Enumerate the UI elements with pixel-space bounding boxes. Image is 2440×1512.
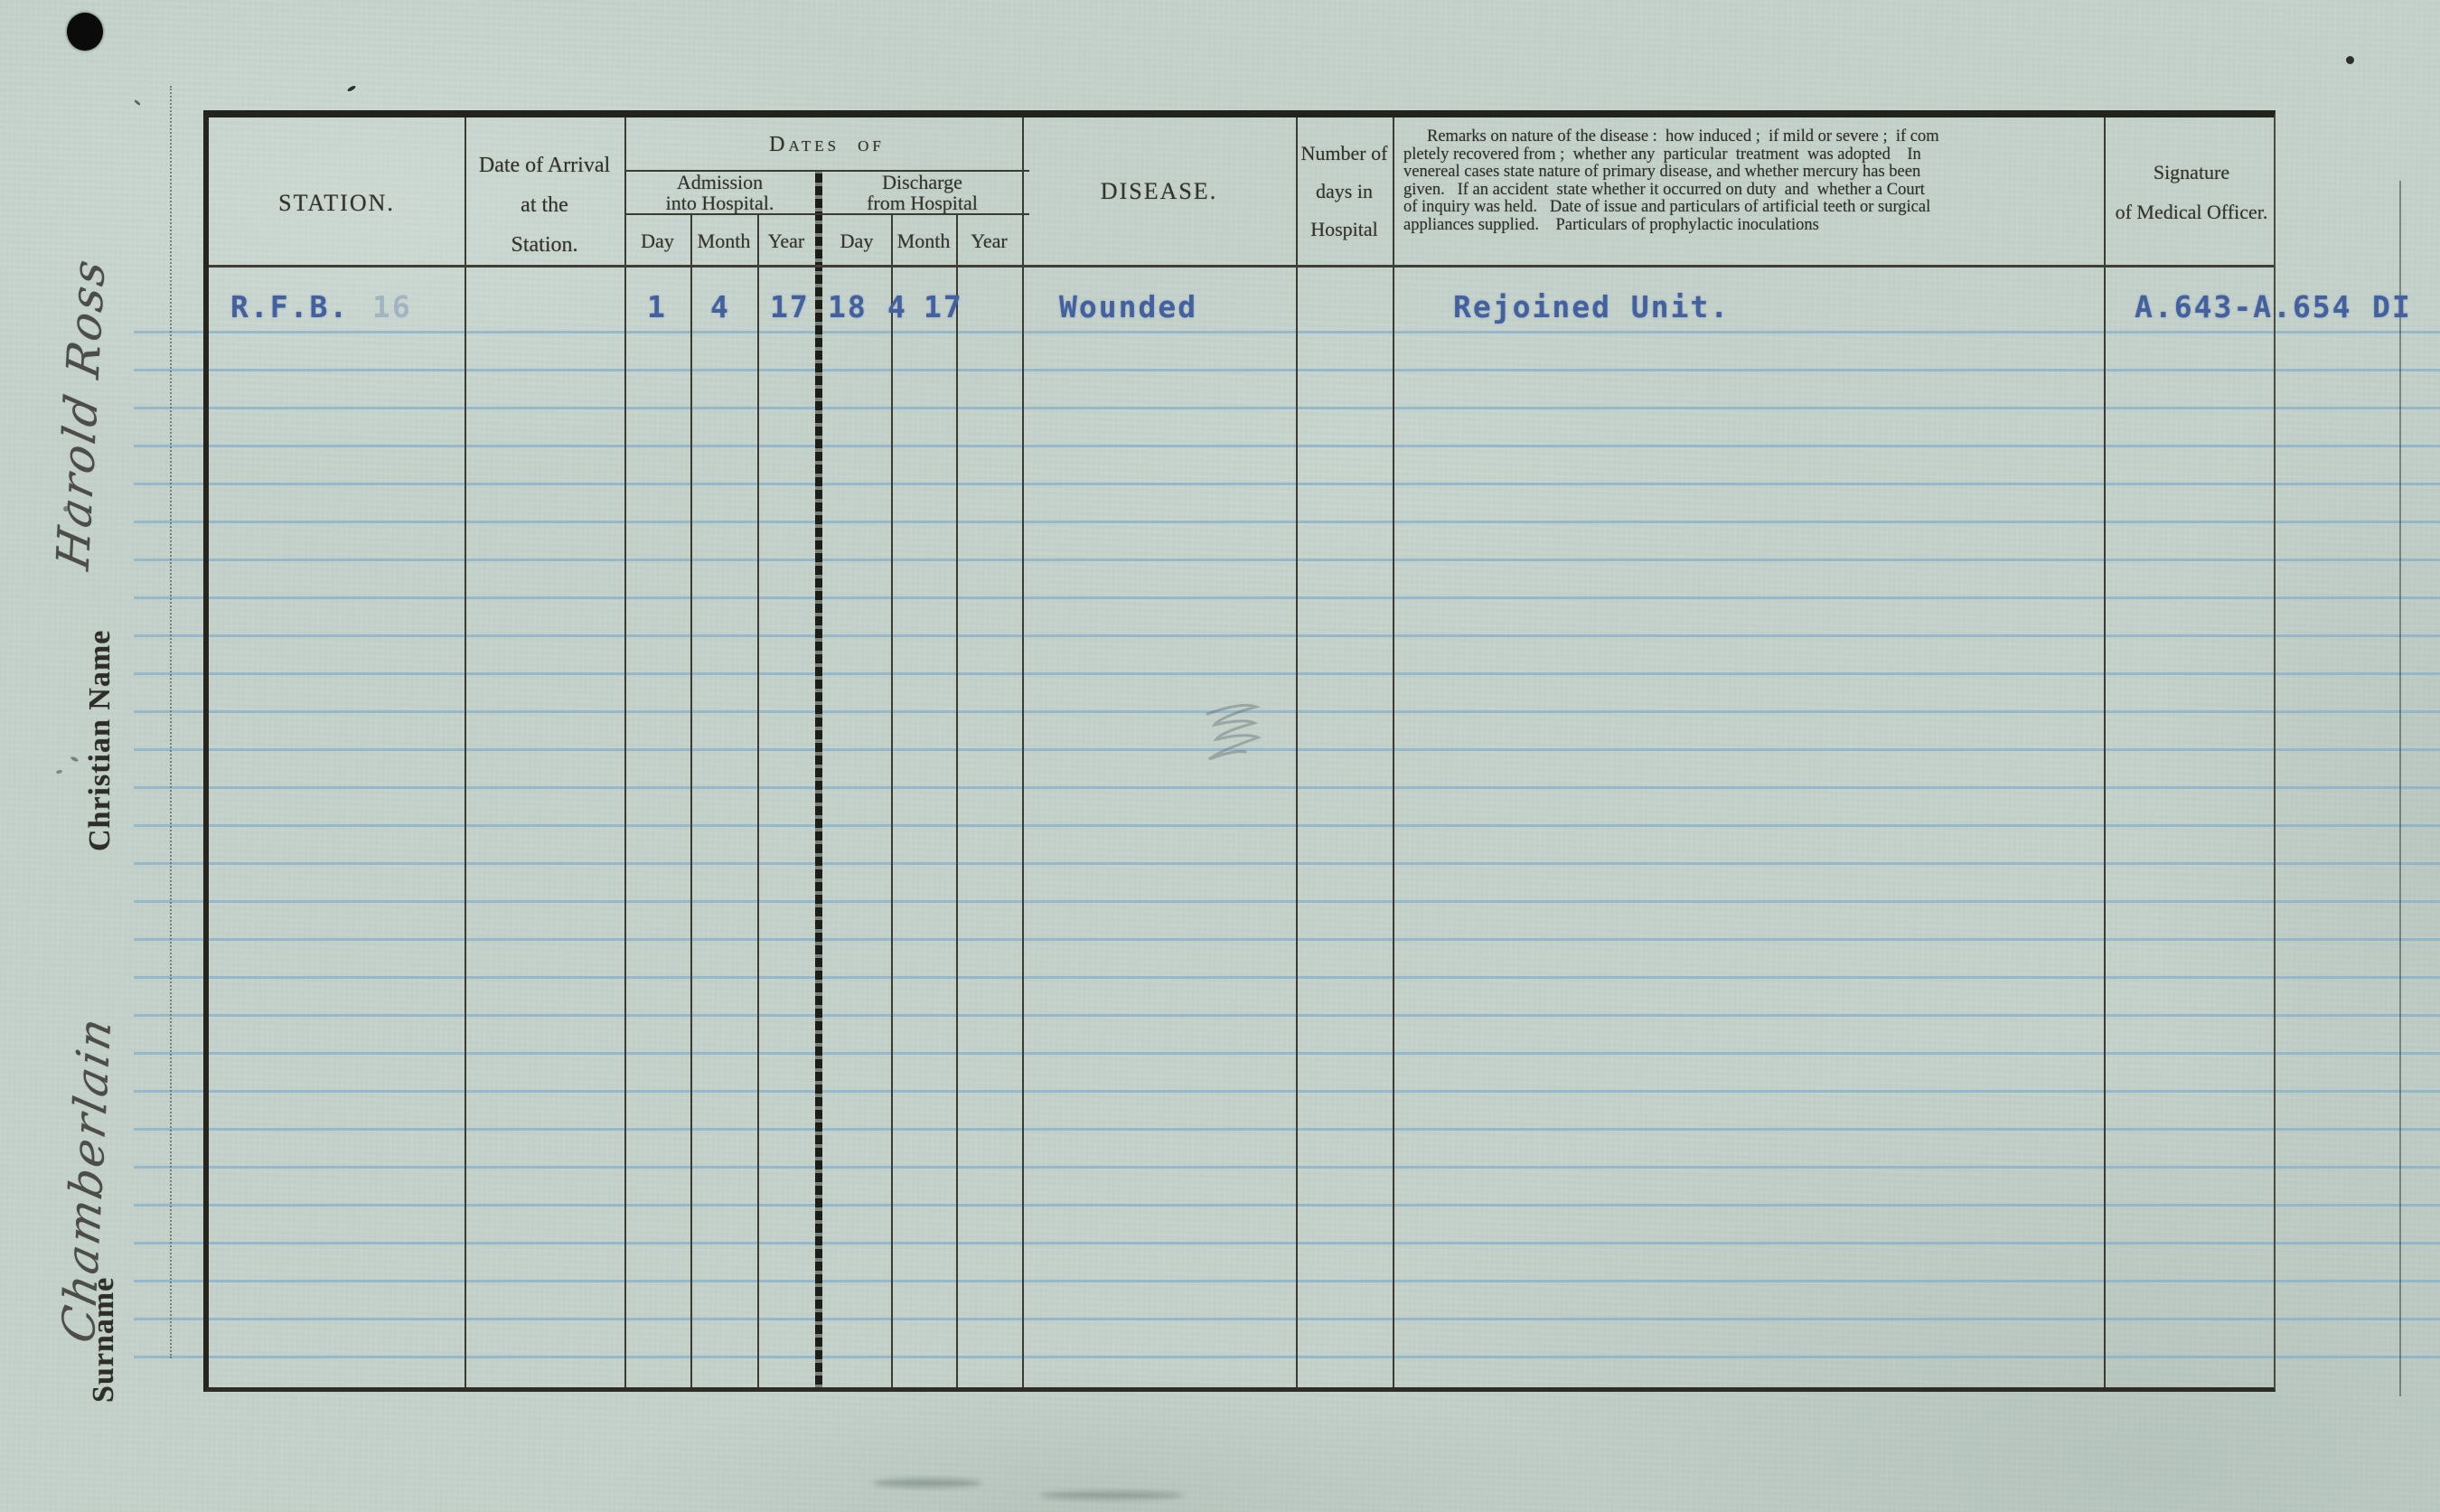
margin-dotted-rule <box>170 86 172 1358</box>
ink-speck <box>2346 56 2354 64</box>
remarks-header-line: of inquiry was held. Date of issue and p… <box>1403 199 2108 217</box>
row-disease-value: Wounded <box>1059 289 1197 324</box>
days-header-line2: days in <box>1316 180 1373 203</box>
arrival-header: Date of Arrival at the Station. <box>465 134 624 277</box>
days-in-hospital-header: Number of days in Hospital <box>1296 117 1393 265</box>
row-edge-text: DI <box>2372 289 2412 324</box>
admission-header: Admission into Hospital. <box>624 172 815 213</box>
row-admission-month-value: 4 <box>710 289 730 324</box>
divider-adm-month-year <box>757 215 759 1387</box>
row-discharge-year-value: 17 <box>924 289 963 324</box>
smudge <box>1039 1491 1184 1499</box>
christian-name-label: Christian Name <box>83 630 117 851</box>
signature-header: Signature of Medical Officer. <box>2104 143 2279 242</box>
pencil-scribble <box>1191 687 1290 786</box>
row-discharge-day-value: 18 <box>828 289 868 324</box>
arrival-header-line1: Date of Arrival <box>479 154 610 178</box>
dis-day-header: Day <box>822 221 891 262</box>
divider-dis-month-year <box>956 215 958 1387</box>
discharge-header: Discharge from Hospital <box>822 172 1022 213</box>
arrival-header-line2: at the <box>521 193 568 218</box>
remarks-header: Remarks on nature of the disease : how i… <box>1403 128 2108 235</box>
adm-day-header: Day <box>624 221 690 262</box>
adm-month-header: Month <box>690 221 757 262</box>
arrival-header-line3: Station. <box>511 233 577 258</box>
adm-year-header: Year <box>757 221 815 262</box>
signature-header-line1: Signature <box>2154 161 2229 184</box>
pen-mark <box>134 99 141 106</box>
days-header-line1: Number of <box>1301 142 1388 165</box>
dis-year-header: Year <box>956 221 1022 262</box>
pencil-dot <box>56 769 63 775</box>
row-station-ghost-value: 16 <box>372 289 412 324</box>
signature-header-line2: of Medical Officer. <box>2116 201 2268 224</box>
divider-admission-discharge <box>815 170 822 1387</box>
row-discharge-month-value: 4 <box>887 289 907 324</box>
divider-adm-day-month <box>690 215 692 1387</box>
dis-month-header: Month <box>891 221 956 262</box>
scanned-medical-history-sheet: { "document": { "margin": { "surname_lab… <box>0 0 2440 1512</box>
discharge-header-line2: from Hospital <box>867 193 978 213</box>
remarks-header-line: appliances supplied. Particulars of prop… <box>1403 217 2108 235</box>
divider-dates-disease <box>1022 117 1024 1387</box>
divider-arrival-dates <box>624 117 626 1387</box>
divider-disease-days <box>1296 117 1298 1387</box>
discharge-header-line1: Discharge <box>882 172 962 193</box>
admission-header-line1: Admission <box>677 172 763 193</box>
pencil-dot <box>70 756 80 762</box>
dates-of-header: Dates of <box>624 125 1029 164</box>
divider-station-arrival <box>465 117 466 1387</box>
admission-header-line2: into Hospital. <box>666 193 774 213</box>
days-header-line3: Hospital <box>1310 218 1378 241</box>
pen-mark <box>347 85 357 92</box>
remarks-header-line: Remarks on nature of the disease : how i… <box>1403 128 2108 146</box>
remarks-header-line: given. If an accident state whether it o… <box>1403 182 2108 200</box>
divider-dis-day-month <box>891 215 893 1387</box>
smudge <box>873 1479 981 1488</box>
row-admission-day-value: 1 <box>647 289 667 324</box>
hole-punch <box>67 13 103 51</box>
row-signature-value: A.643-A.654 <box>2135 289 2352 324</box>
row-remarks-value: Rejoined Unit. <box>1453 289 1730 324</box>
row-admission-year-value: 17 <box>770 289 810 324</box>
station-header: STATION. <box>209 154 465 253</box>
fold-line <box>2399 181 2401 1396</box>
disease-header: DISEASE. <box>1022 117 1296 265</box>
remarks-header-line: pletely recovered from ; whether any par… <box>1403 146 2108 164</box>
remarks-header-line: venereal cases state nature of primary d… <box>1403 164 2108 182</box>
row-station-value: R.F.B. <box>230 289 349 324</box>
divider-days-remarks <box>1393 117 1394 1387</box>
divider-remarks-signature <box>2104 117 2106 1387</box>
christian-name-handwriting: Harold Ross <box>47 252 115 574</box>
